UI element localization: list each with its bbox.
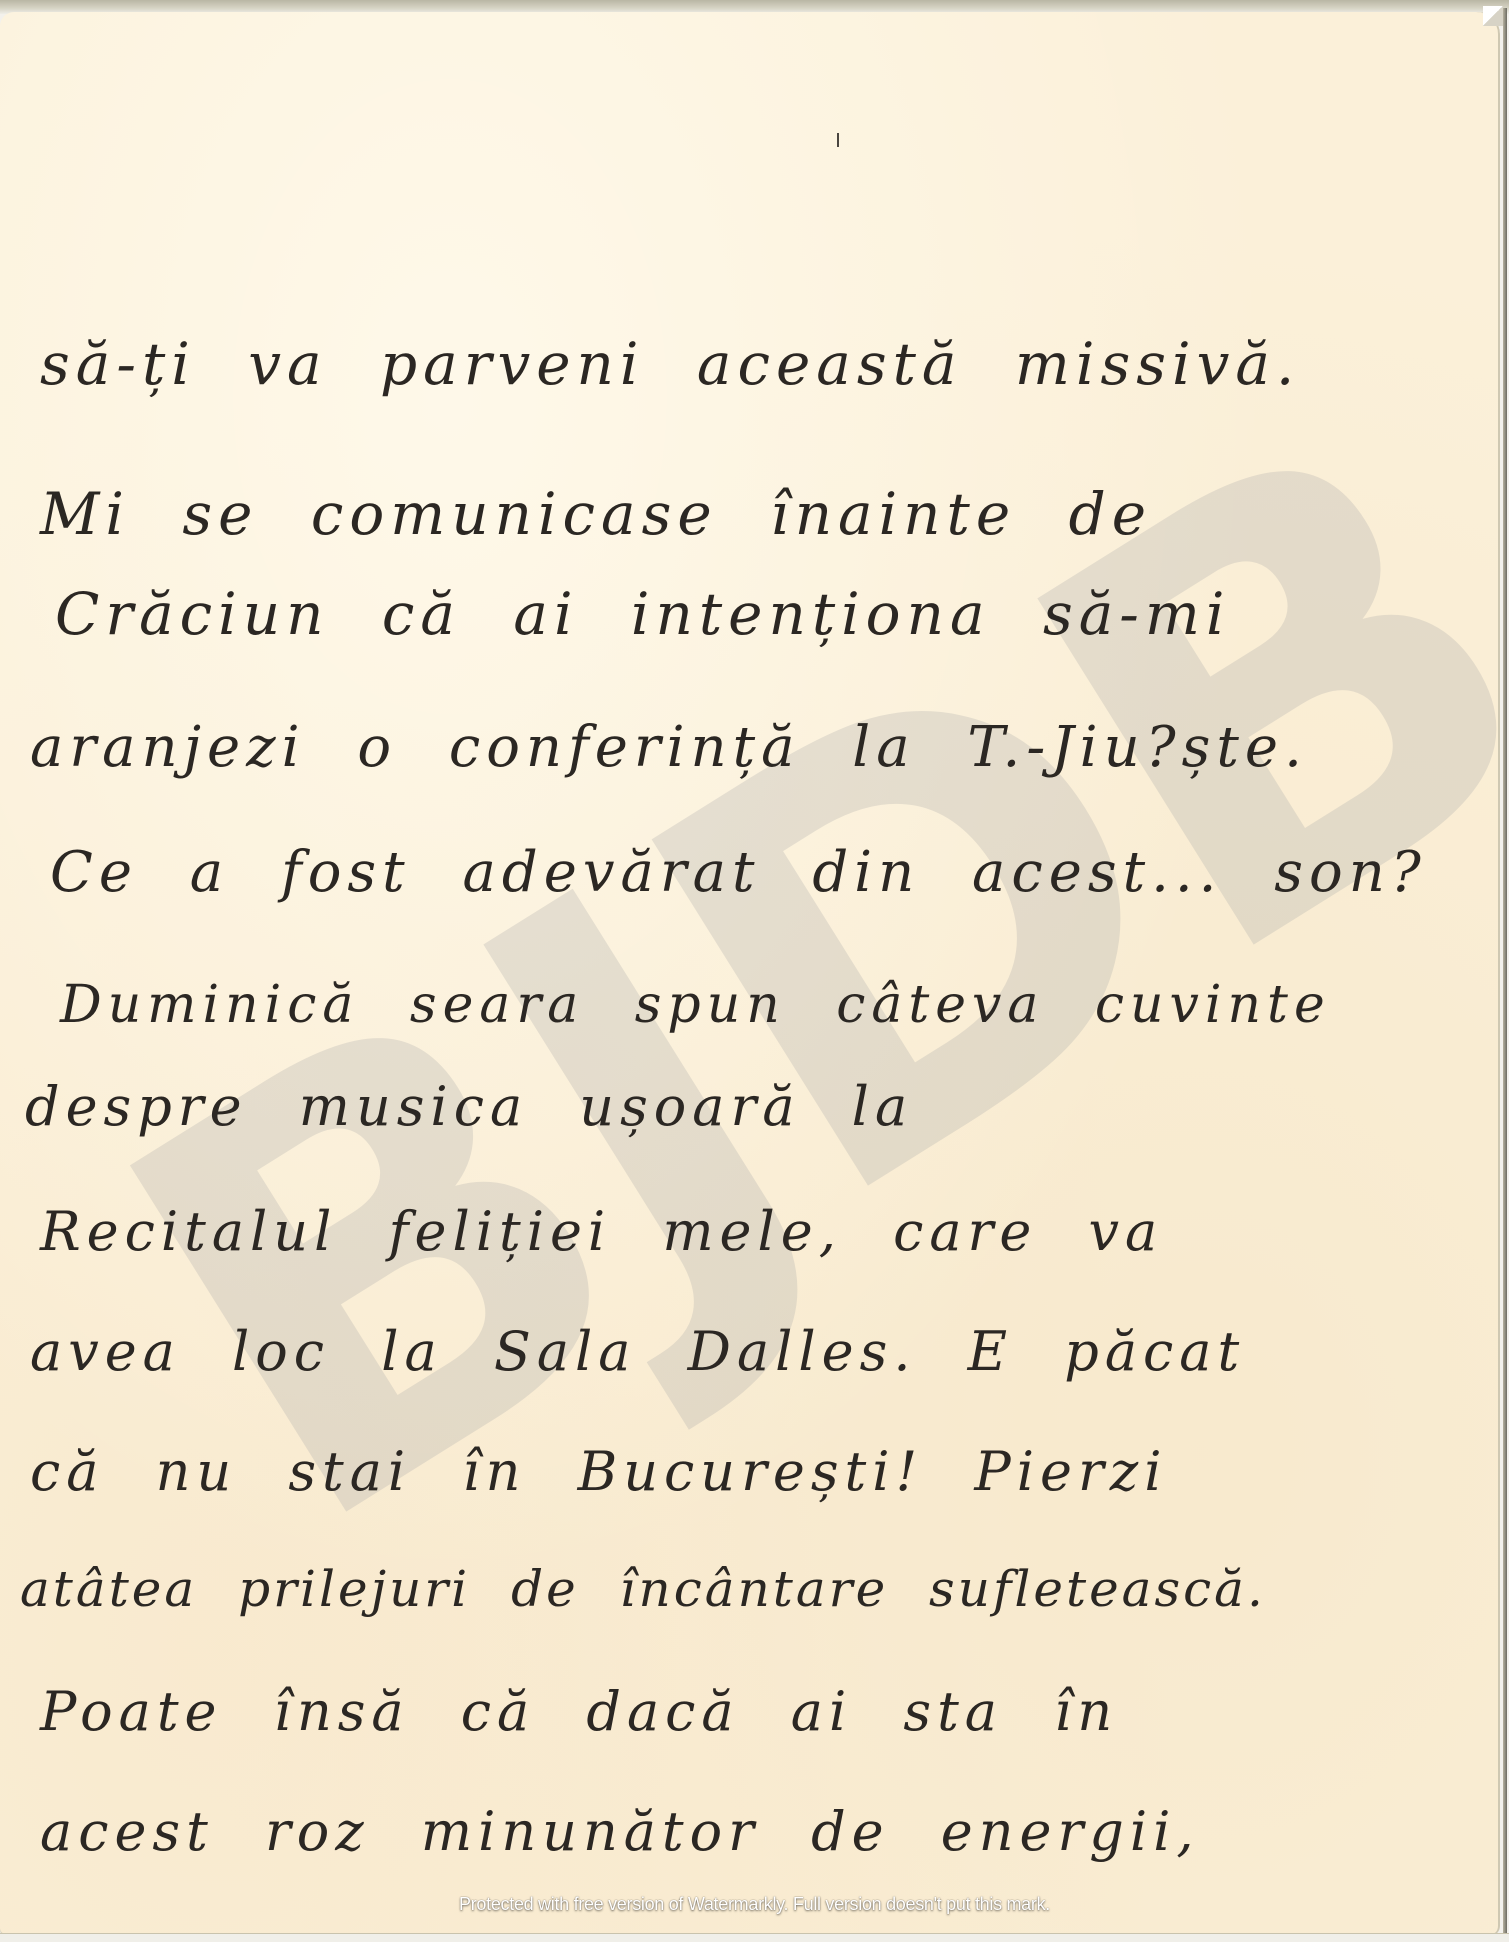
letter-line-10: că nu stai în București! Pierzi (30, 1440, 1167, 1503)
letter-line-1: să-ți va parveni această missivă. (40, 330, 1300, 398)
letter-line-13: acest roz minunător de energii, (40, 1800, 1200, 1863)
letter-line-6: Duminică seara spun câteva cuvinte (60, 975, 1331, 1035)
letter-body: să-ți va parveni această missivă. Mi se … (0, 0, 1509, 1942)
letter-line-8: Recitalul feliției mele, care va (40, 1200, 1163, 1263)
letter-line-5: Ce a fost adevărat din acest... son? (50, 840, 1427, 905)
scanned-letter: BJDB să-ți va parveni această missivă. M… (0, 0, 1509, 1942)
letter-line-4: aranjezi o conferință la T.-Jiu?ște. (30, 715, 1308, 780)
ink-mark (837, 133, 839, 147)
letter-line-11: atâtea prilejuri de încântare sufleteasc… (20, 1560, 1266, 1618)
letter-line-2: Mi se comunicase înainte de (40, 480, 1152, 548)
letter-line-9: avea loc la Sala Dalles. E păcat (30, 1320, 1245, 1383)
letter-line-12: Poate însă că dacă ai sta în (40, 1680, 1118, 1743)
letter-line-7: despre musica ușoară la (25, 1075, 913, 1138)
watermarkly-notice: Protected with free version of Watermark… (0, 1894, 1509, 1915)
letter-line-3: Crăciun că ai intenționa să-mi (55, 580, 1230, 648)
